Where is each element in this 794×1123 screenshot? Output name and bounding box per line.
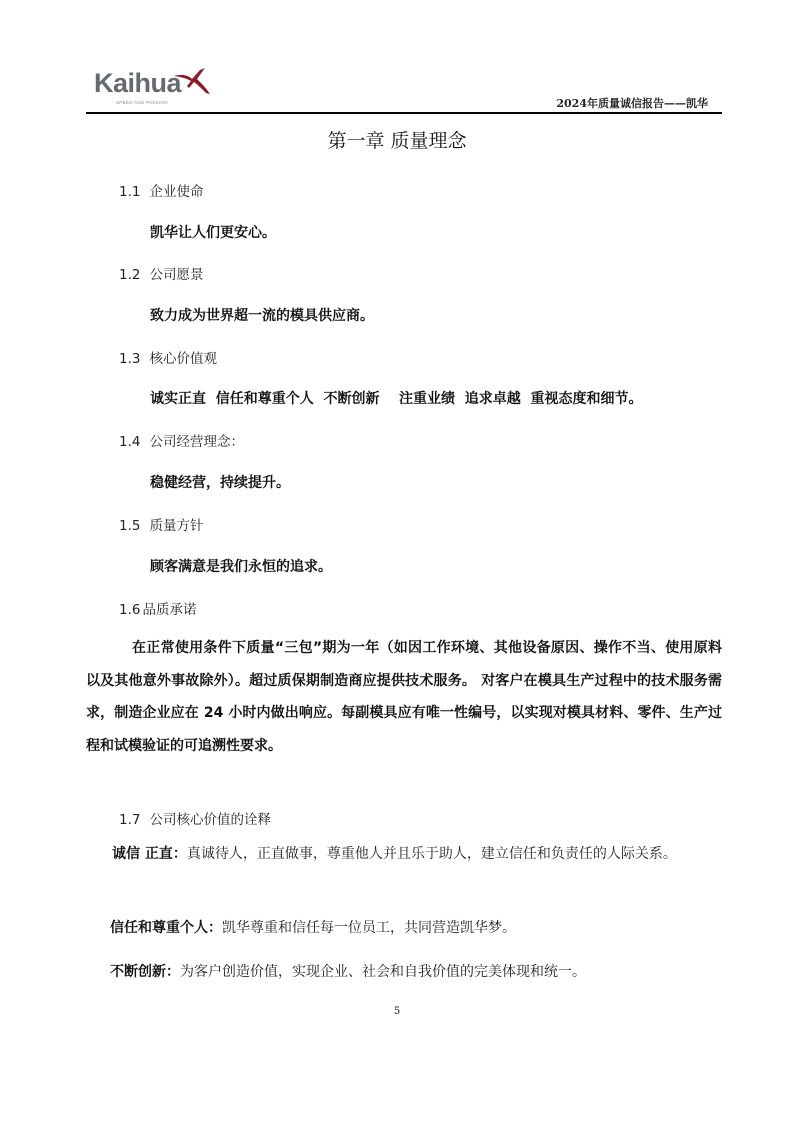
section-title: 品质承诺: [142, 602, 196, 618]
section-heading-1-2: 1.2公司愿景: [119, 263, 203, 283]
section-heading-1-7: 1.7公司核心价值的诠释: [119, 808, 271, 828]
report-title: 2024年质量诚信报告——凯华: [556, 95, 708, 111]
section-number: 1.6: [119, 602, 140, 618]
definition-integrity: 诚信 正直：真诚待人，正直做事，尊重他人并且乐于助人，建立信任和负责任的人际关系…: [86, 838, 722, 870]
section-heading-1-1: 1.1企业使命: [119, 180, 203, 200]
section-number: 1.1: [119, 184, 140, 200]
section-heading-1-4: 1.4公司经营理念：: [119, 430, 244, 450]
page-number: 5: [0, 1006, 794, 1017]
definition-term: 诚信 正直：: [112, 846, 187, 862]
section-number: 1.5: [119, 518, 140, 534]
section-number: 1.7: [119, 812, 140, 828]
logo-wordmark: Kaihua: [94, 68, 181, 99]
section-title: 公司核心价值的诠释: [149, 812, 271, 828]
business-philosophy-statement: 稳健经营，持续提升。: [150, 472, 290, 492]
section-number: 1.3: [119, 351, 140, 367]
chapter-title: 第一章 质量理念: [0, 126, 794, 153]
definition-term: 信任和尊重个人：: [110, 920, 222, 936]
definition-text: 凯华尊重和信任每一位员工，共同营造凯华梦。: [222, 920, 516, 936]
core-values-statement: 诚实正直 信任和尊重个人 不断创新 注重业绩 追求卓越 重视态度和细节。: [150, 388, 643, 408]
definition-trust-respect: 信任和尊重个人：凯华尊重和信任每一位员工，共同营造凯华梦。: [110, 912, 722, 944]
section-heading-1-3: 1.3核心价值观: [119, 347, 217, 367]
section-title: 核心价值观: [149, 351, 217, 367]
section-title: 质量方针: [149, 518, 203, 534]
section-number: 1.2: [119, 267, 140, 283]
definition-text: 真诚待人，正直做事，尊重他人并且乐于助人，建立信任和负责任的人际关系。: [187, 846, 677, 862]
vision-statement: 致力成为世界超一流的模具供应商。: [150, 305, 374, 325]
section-number: 1.4: [119, 434, 140, 450]
header-divider: [86, 112, 722, 114]
section-heading-1-6: 1.6品质承诺: [119, 598, 196, 618]
hummingbird-logo-icon: [172, 66, 212, 96]
quality-commitment-paragraph: 在正常使用条件下质量“三包”期为一年（如因工作环境、其他设备原因、操作不当、使用…: [86, 632, 722, 762]
logo-tagline: SPEED AND PASSION: [116, 100, 168, 105]
company-logo: Kaihua SPEED AND PASSION: [94, 64, 214, 106]
section-title: 企业使命: [149, 184, 203, 200]
page-header: Kaihua SPEED AND PASSION 2024年质量诚信报告——凯华: [86, 60, 722, 114]
quality-policy-statement: 顾客满意是我们永恒的追求。: [150, 556, 332, 576]
definition-text: 为客户创造价值，实现企业、社会和自我价值的完美体现和统一。: [180, 964, 586, 980]
definition-term: 不断创新：: [110, 964, 180, 980]
mission-statement: 凯华让人们更安心。: [150, 222, 276, 242]
definition-innovation: 不断创新：为客户创造价值，实现企业、社会和自我价值的完美体现和统一。: [110, 956, 722, 988]
section-title: 公司经营理念：: [149, 434, 244, 450]
section-title: 公司愿景: [149, 267, 203, 283]
section-heading-1-5: 1.5质量方针: [119, 514, 203, 534]
